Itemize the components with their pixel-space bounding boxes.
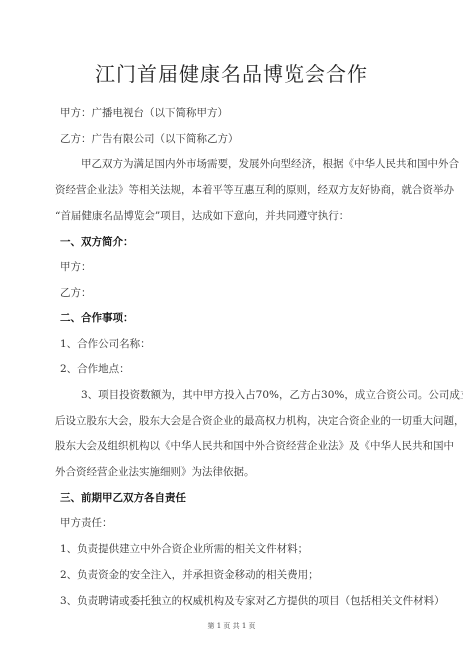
section-3-heading: 三、前期甲乙双方各自责任	[60, 490, 186, 505]
item-investment-line-2: 后设立股东大会，股东大会是合资企业的最高权力机构，决定合资企业的一切重大问题，	[55, 413, 463, 428]
intro-paragraph-line-2: 资经营企业法》等相关法规，本着平等互惠互利的原则，经双方友好协商，就合资举办	[55, 182, 454, 197]
item-company-name: 1、合作公司名称：	[60, 336, 151, 351]
responsibility-1: 1、负责提供建立中外合资企业所需的相关文件材料；	[60, 541, 308, 556]
document-title: 江门首届健康名品博览会合作	[0, 58, 463, 87]
intro-paragraph-line-1: 甲乙双方为满足国内外市场需要，发展外向型经济，根据《中华人民共和国中外合	[81, 156, 459, 171]
party-a-line: 甲方：广播电视台（以下简称甲方）	[60, 105, 228, 120]
item-location: 2、合作地点：	[60, 361, 130, 376]
responsibility-3: 3、负责聘请或委托独立的权威机构及专家对乙方提供的项目（包括相关文件材料）	[60, 593, 445, 608]
responsibility-2: 2、负责资金的安全注入，并承担资金移动的相关费用；	[60, 567, 319, 582]
page-footer: 第 1 页 共 1 页	[0, 621, 463, 631]
item-investment-line-3: 股东大会及组织机构以《中华人民共和国中外合资经营企业法》及《中华人民共和国中	[55, 438, 454, 453]
party-a-responsibility-label: 甲方责任：	[60, 515, 113, 530]
item-investment-line-4: 外合资经营企业法实施细则》为法律依据。	[55, 464, 255, 479]
item-investment-line-1: 3、项目投资数额为，其中甲方投入占70%，乙方占30%，成立合资公司。公司成立	[81, 387, 463, 402]
party-b-line: 乙方：广告有限公司（以下简称乙方）	[60, 131, 239, 146]
section-2-heading: 二、合作事项：	[60, 310, 134, 325]
section-1-heading: 一、双方简介：	[60, 234, 134, 249]
intro-paragraph-line-3: “首届健康名品博览会”项目，达成如下意向，并共同遵守执行：	[55, 208, 349, 223]
party-b-intro: 乙方：	[60, 285, 92, 300]
party-a-intro: 甲方：	[60, 259, 92, 274]
